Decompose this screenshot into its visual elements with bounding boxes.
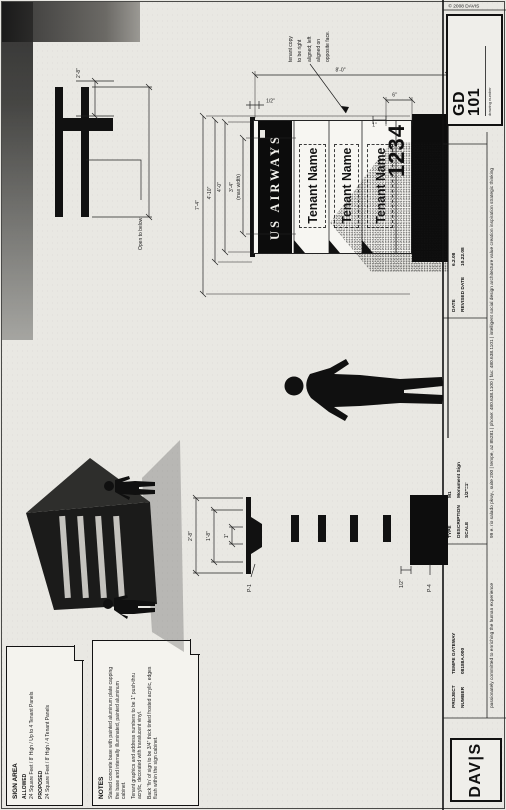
section-rail	[318, 515, 326, 542]
section-rail	[383, 515, 391, 542]
callout-line: aligned; left	[306, 4, 315, 62]
rendering-body	[26, 502, 157, 610]
number-row: NUMBER 08188A.000	[461, 633, 467, 708]
monument-rendering	[26, 440, 184, 652]
scale-figure	[285, 359, 444, 421]
dim-cabinet-width: 4'-10"	[207, 178, 213, 208]
paint-callout-p1: P-1	[247, 584, 253, 592]
scale-label: SCALE	[465, 502, 471, 538]
rendering-panel-slit	[59, 516, 71, 598]
note-item: Stained concrete base with painted alumi…	[108, 663, 128, 799]
type-block: TYPE M1 DESCRIPTION Monument Sign SCALE …	[448, 462, 474, 538]
plan-end-cap	[63, 118, 113, 131]
revised-date-value: 10.22.08	[461, 247, 467, 266]
note-item: Back 'fin' of sign to be 3/4" thick tint…	[147, 663, 160, 799]
description-row: DESCRIPTION Monument Sign	[457, 462, 463, 538]
dim-reveal: 1/2"	[263, 100, 279, 105]
project-block: PROJECT TEMPE GATEWAY NUMBER 08188A.000	[452, 633, 469, 708]
proposed-text: 24 Square Feet / 8' High / 4 Tenant Pane…	[45, 671, 52, 799]
sign-area-box: SIGN AREA ALLOWED 24 Square Feet / 8' Hi…	[6, 646, 83, 806]
copyright-text: © 2008 DAVIS	[448, 6, 492, 11]
dim-copy-width-note: (max width)	[236, 162, 242, 212]
plan-ground-halftone-corner	[2, 2, 140, 42]
section-base-dim: 1/2"	[399, 579, 405, 588]
plan-cap-dim-label: 2'-8"	[76, 68, 82, 78]
type-label: TYPE	[448, 502, 454, 538]
scale-row: SCALE 1/2"=1'	[465, 462, 471, 538]
dim-number-gap: 1"	[369, 124, 381, 129]
section-view	[193, 495, 448, 577]
number-label: NUMBER	[461, 678, 467, 708]
callout-line: to be right	[296, 4, 305, 62]
plan-sign-bar	[81, 87, 89, 217]
project-row: PROJECT TEMPE GATEWAY	[452, 633, 458, 708]
davis-logo: DAV|S	[450, 738, 502, 802]
note-item: Tenant graphics and address numbers to b…	[131, 663, 144, 799]
sheet-number-caption: drawing number	[485, 46, 492, 116]
pedestrian-figure	[104, 476, 155, 500]
sheet-number-box: GD 101 drawing number	[446, 14, 503, 126]
date-row: DATE 6.2.08	[452, 247, 458, 312]
date-value: 6.2.08	[452, 253, 458, 266]
revised-date-row: REVISED DATE 10.22.08	[461, 247, 467, 312]
tenant-copy-callout: tenant copy to be right aligned; left al…	[287, 4, 333, 62]
section-rail	[291, 515, 299, 542]
sheet-number-prefix: GD	[452, 16, 467, 116]
revised-date-label: REVISED DATE	[461, 270, 467, 312]
dim-copy-width: 3'-4"	[229, 172, 235, 202]
callout-line: tenant copy	[287, 4, 296, 62]
note-box-notch	[190, 639, 200, 655]
rendering-panel-slit	[95, 516, 107, 598]
section-dim-mid: 1'-8"	[206, 523, 212, 549]
us-airways-panel: US AIRWAYS	[258, 121, 292, 253]
paint-callout-p4: P-4	[427, 584, 433, 592]
dim-height: 8'-0"	[330, 69, 352, 74]
drawing-sheet: SIGN AREA ALLOWED 24 Square Feet / 8' Hi…	[0, 0, 506, 810]
callout-line: opposite face.	[324, 4, 333, 62]
scanned-drawing-page: SIGN AREA ALLOWED 24 Square Feet / 8' Hi…	[0, 0, 506, 810]
rendering-fin	[26, 458, 150, 513]
dim-number-height: 6"	[389, 94, 401, 99]
plan-ground-halftone-band	[2, 2, 33, 340]
allowed-text: 24 Square Feet / 8' High / Up to 4 Tenan…	[29, 671, 36, 799]
tagline-right: 99 e. rio salado pkwy., suite 200 | temp…	[491, 168, 496, 538]
rendering-panel-slit	[77, 516, 89, 598]
davis-logo-text: DAV|S	[468, 742, 484, 797]
tenant-panel-1: Tenant Name	[299, 144, 326, 228]
notes-box: NOTES Stained concrete base with painted…	[92, 640, 199, 806]
description-value: Monument Sign	[457, 462, 463, 498]
section-dim-inner: 1"	[224, 523, 230, 549]
section-rail	[350, 515, 358, 542]
scale-value: 1/2"=1'	[465, 482, 471, 498]
rendering-shadow	[142, 440, 184, 652]
sign-area-title: SIGN AREA	[12, 653, 19, 799]
section-dim-outer: 2'-8"	[188, 523, 194, 549]
note-box-notch	[74, 645, 84, 661]
us-airways-logotype: US AIRWAYS	[269, 134, 282, 240]
dim-base-width: 7'-4"	[195, 190, 201, 220]
pedestrian-figure	[103, 595, 155, 619]
tagline-left: passionately committed to enriching the …	[491, 583, 496, 708]
notes-title: NOTES	[98, 647, 105, 799]
project-label: PROJECT	[452, 678, 458, 708]
panel-tag-notch	[260, 130, 265, 138]
section-base	[410, 495, 448, 565]
project-value: TEMPE GATEWAY	[452, 633, 458, 674]
section-cap-profile	[246, 497, 262, 574]
type-row: TYPE M1	[448, 462, 454, 538]
date-block: DATE 6.2.08 REVISED DATE 10.22.08	[452, 247, 469, 312]
sheet-number: 101	[467, 16, 482, 116]
rendering-panel-slit	[113, 516, 125, 598]
dim-face-width: 4'-0"	[217, 172, 223, 202]
plan-sign-bar	[55, 87, 63, 217]
number-value: 08188A.000	[461, 648, 467, 674]
type-value: M1	[448, 491, 454, 498]
open-to-below-label: Open to below	[138, 218, 144, 250]
description-label: DESCRIPTION	[457, 502, 463, 538]
callout-line: aligned on	[315, 4, 324, 62]
tenant-name-text: Tenant Name	[306, 148, 319, 224]
date-label: DATE	[452, 270, 458, 312]
